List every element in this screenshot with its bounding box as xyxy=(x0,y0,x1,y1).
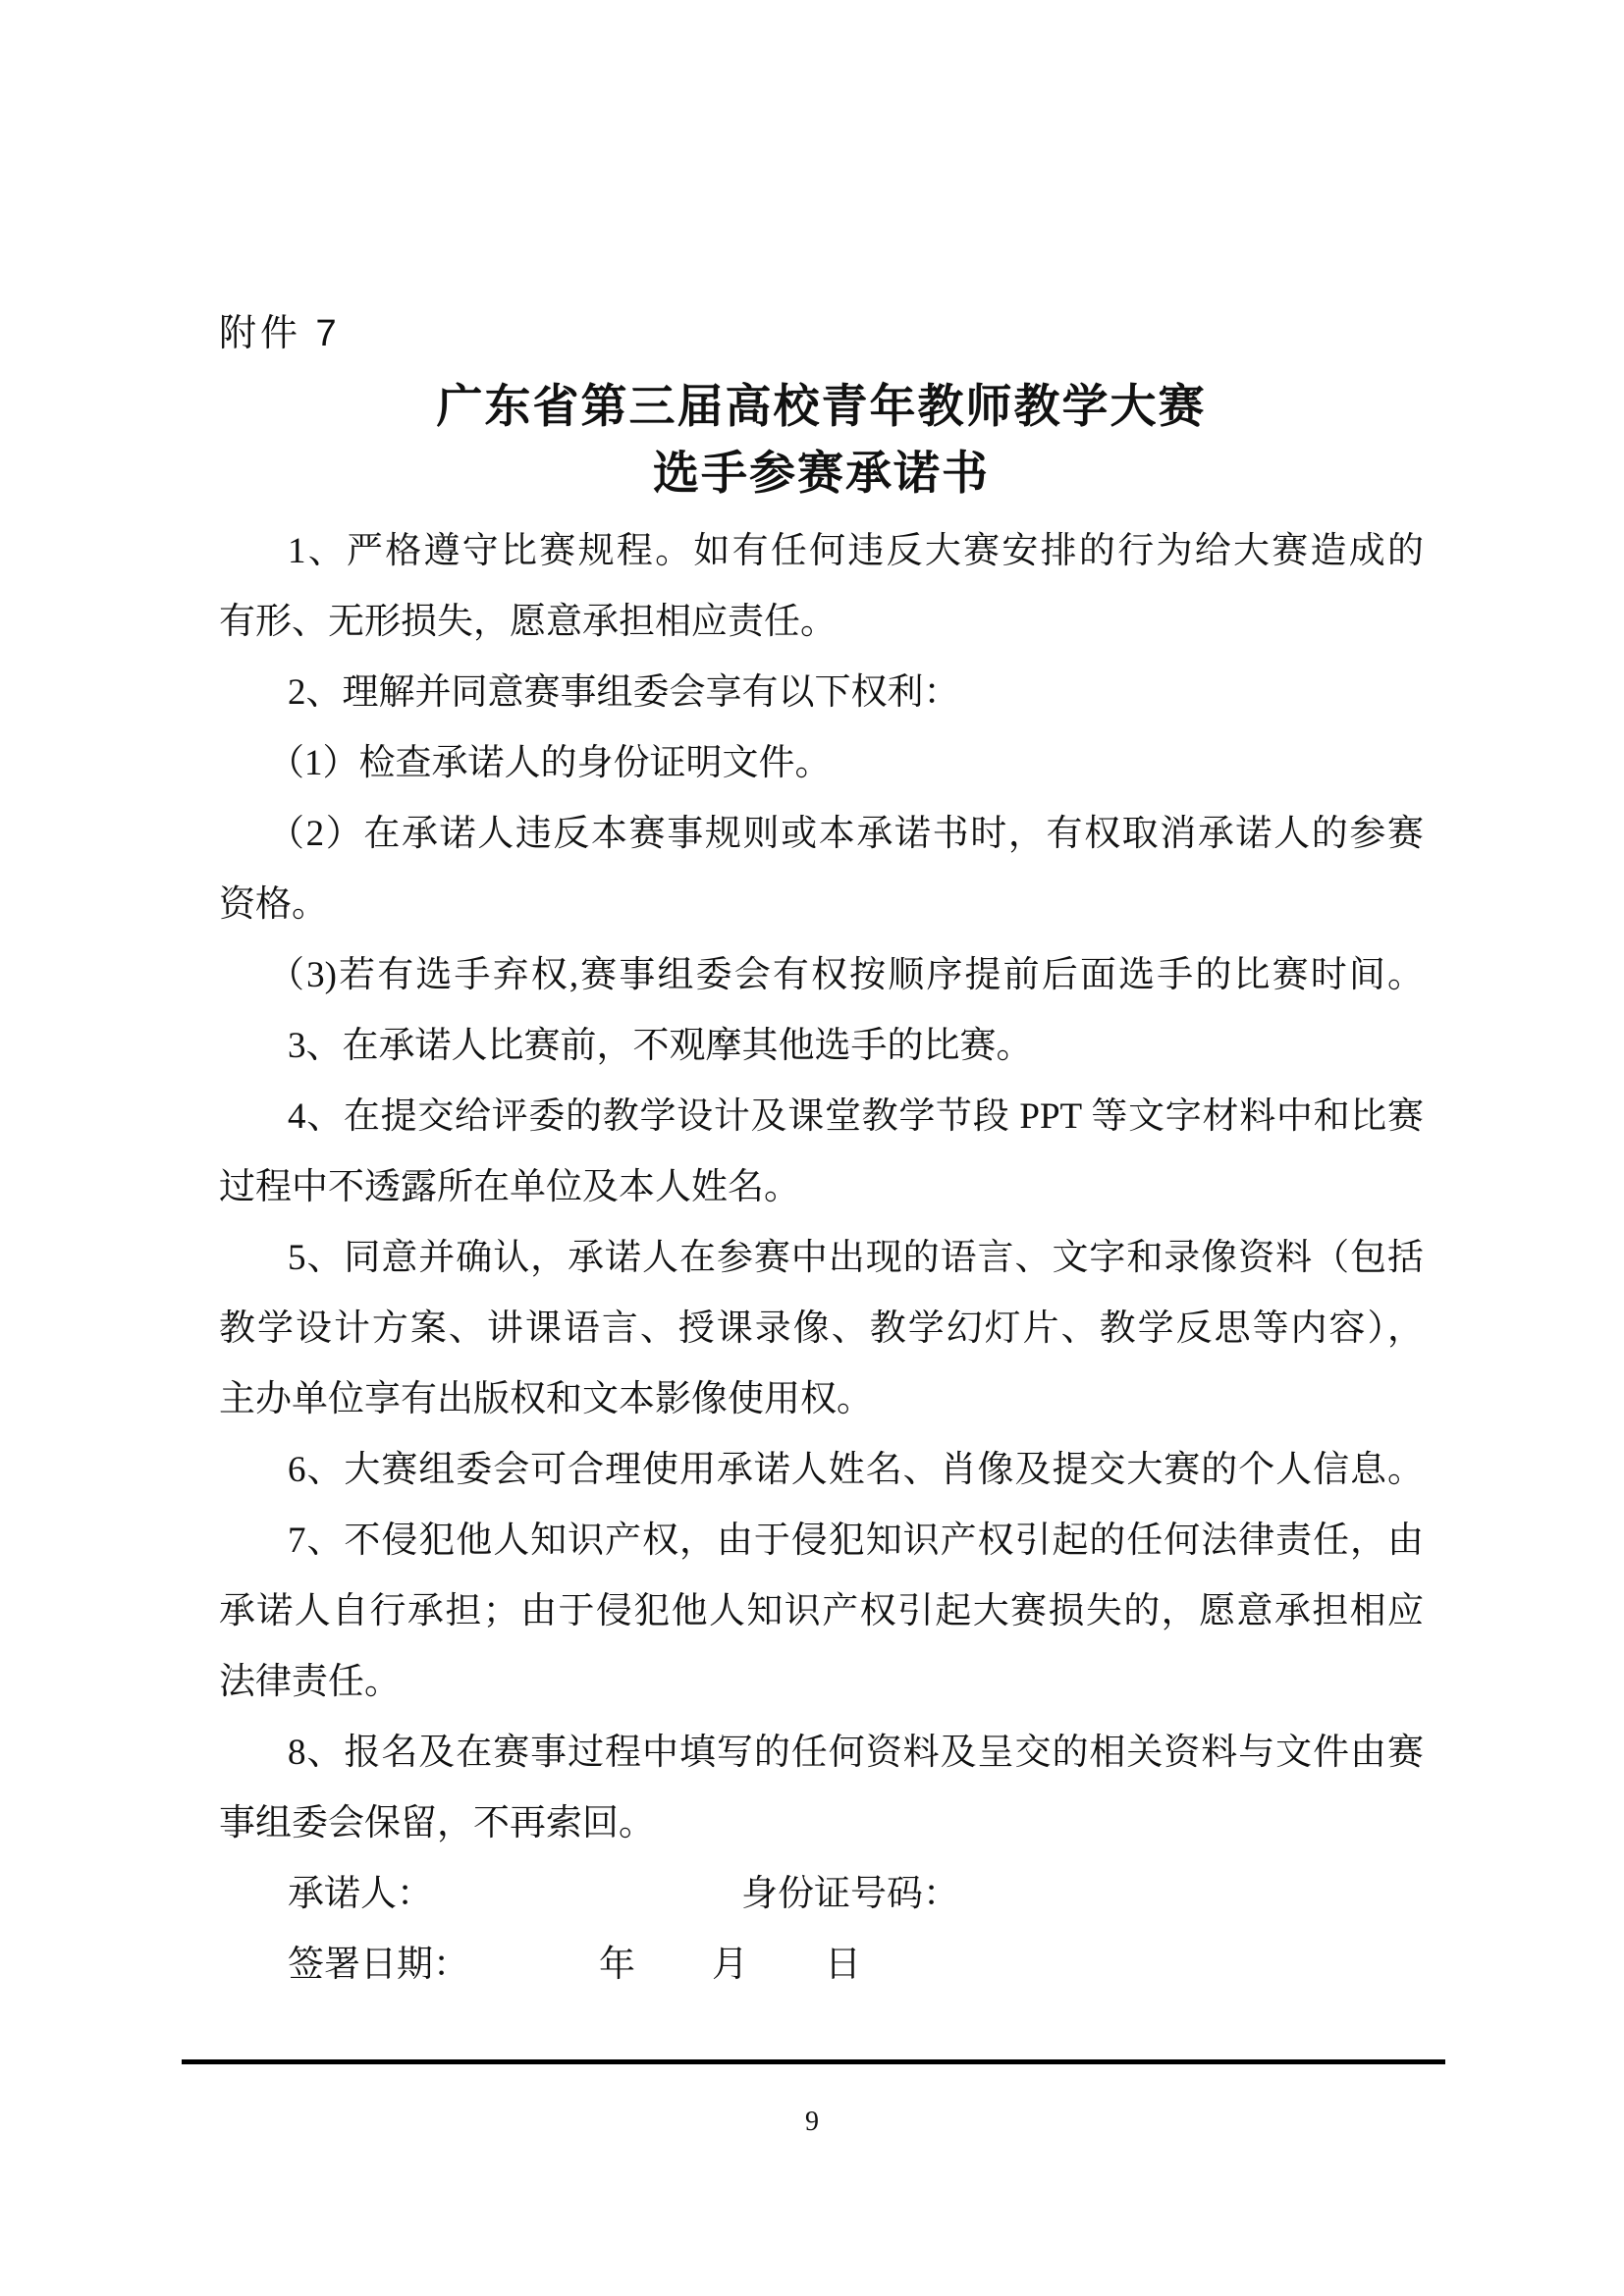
body-line: 事组委会保留，不再索回。 xyxy=(219,1789,1424,1859)
body-line: 7、不侵犯他人知识产权，由于侵犯知识产权引起的任何法律责任，由 xyxy=(219,1506,1424,1576)
title-line-2: 选手参赛承诺书 xyxy=(219,440,1424,507)
page-number: 9 xyxy=(0,2107,1624,2138)
body-line: 2、理解并同意赛事组委会享有以下权利： xyxy=(219,658,1424,728)
body-line: 主办单位享有出版权和文本影像使用权。 xyxy=(219,1364,1424,1435)
document-title: 广东省第三届高校青年教师教学大赛 选手参赛承诺书 xyxy=(219,373,1424,507)
body-line: 资格。 xyxy=(219,870,1424,940)
body-line: 4、在提交给评委的教学设计及课堂教学节段 PPT 等文字材料中和比赛 xyxy=(219,1082,1424,1152)
signature-row-promisor: 承诺人：身份证号码： xyxy=(219,1859,1424,1930)
day-label: 日 xyxy=(825,1945,861,1985)
footer-rule xyxy=(182,2059,1445,2064)
body-line: 法律责任。 xyxy=(219,1647,1424,1718)
body-line: （2）在承诺人违反本赛事规则或本承诺书时，有权取消承诺人的参赛 xyxy=(219,799,1424,870)
body-line: （3)若有选手弃权,赛事组委会有权按顺序提前后面选手的比赛时间。 xyxy=(219,940,1424,1011)
body-line: （1）检查承诺人的身份证明文件。 xyxy=(219,728,1424,799)
title-line-1: 广东省第三届高校青年教师教学大赛 xyxy=(219,373,1424,440)
sign-date-label: 签署日期： xyxy=(288,1945,469,1985)
body-line: 过程中不透露所在单位及本人姓名。 xyxy=(219,1152,1424,1223)
body-line: 3、在承诺人比赛前，不观摩其他选手的比赛。 xyxy=(219,1011,1424,1082)
body-line: 1、严格遵守比赛规程。如有任何违反大赛安排的行为给大赛造成的 xyxy=(219,516,1424,587)
document-content: 附件 7 广东省第三届高校青年教师教学大赛 选手参赛承诺书 1、严格遵守比赛规程… xyxy=(219,0,1424,2001)
promisor-label: 承诺人： xyxy=(288,1874,433,1914)
attachment-label: 附件 7 xyxy=(219,312,1424,355)
month-label: 月 xyxy=(712,1945,748,1985)
body-line: 5、同意并确认，承诺人在参赛中出现的语言、文字和录像资料（包括 xyxy=(219,1223,1424,1294)
id-number-label: 身份证号码： xyxy=(741,1874,959,1914)
document-page: 附件 7 广东省第三届高校青年教师教学大赛 选手参赛承诺书 1、严格遵守比赛规程… xyxy=(0,0,1624,2296)
body-line: 教学设计方案、讲课语言、授课录像、教学幻灯片、教学反思等内容）， xyxy=(219,1294,1424,1364)
body-line: 6、大赛组委会可合理使用承诺人姓名、肖像及提交大赛的个人信息。 xyxy=(219,1435,1424,1506)
document-body: 1、严格遵守比赛规程。如有任何违反大赛安排的行为给大赛造成的 有形、无形损失，愿… xyxy=(219,516,1424,2001)
signature-row-date: 签署日期：年月日 xyxy=(219,1930,1424,2001)
body-line: 有形、无形损失，愿意承担相应责任。 xyxy=(219,587,1424,658)
body-line: 承诺人自行承担；由于侵犯他人知识产权引起大赛损失的，愿意承担相应 xyxy=(219,1576,1424,1647)
body-line: 8、报名及在赛事过程中填写的任何资料及呈交的相关资料与文件由赛 xyxy=(219,1718,1424,1789)
year-label: 年 xyxy=(599,1945,635,1985)
